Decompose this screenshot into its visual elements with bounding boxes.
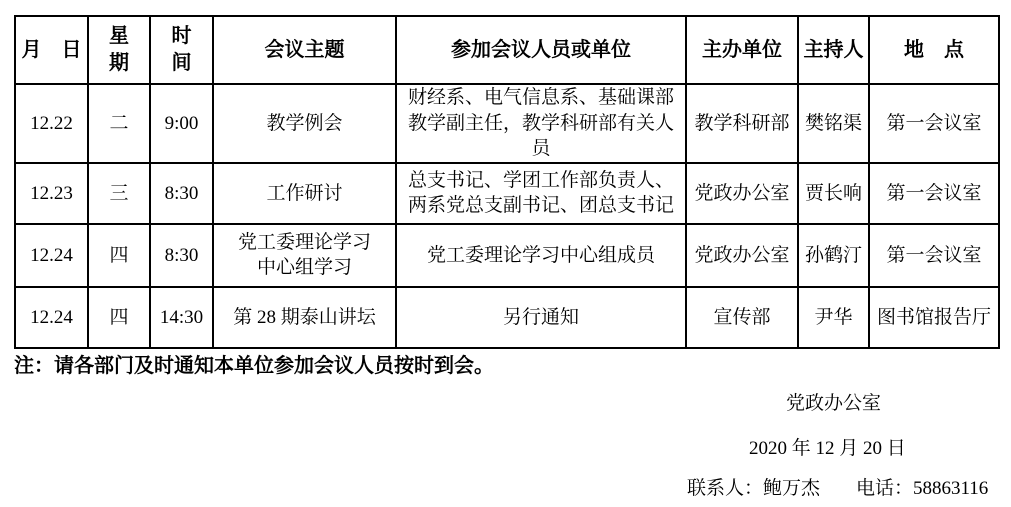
cell-organizer: 党政办公室	[686, 163, 798, 224]
table-row: 12.22 二 9:00 教学例会 财经系、电气信息系、基础课部教学副主任，教学…	[15, 84, 999, 163]
cell-time: 9:00	[150, 84, 213, 163]
header-cell-topic: 会议主题	[213, 16, 396, 84]
document-page: 月 日 星 期 时 间 会议主题 参加会议人员或单位 主办单位 主持人 地 点 …	[0, 0, 1011, 507]
contact-person: 联系人：鲍万杰	[687, 478, 820, 499]
cell-host: 贾长响	[798, 163, 869, 224]
header-cell-host: 主持人	[798, 16, 869, 84]
cell-host: 孙鹤汀	[798, 224, 869, 287]
contact-phone: 电话：58863116	[856, 478, 988, 499]
cell-location: 第一会议室	[869, 224, 999, 287]
cell-weekday: 四	[88, 287, 150, 348]
header-cell-location: 地 点	[869, 16, 999, 84]
cell-participants: 总支书记、学团工作部负责人、两系党总支副书记、团总支书记	[396, 163, 686, 224]
note-text: 注：请各部门及时通知本单位参加会议人员按时到会。	[14, 349, 494, 378]
cell-date: 12.23	[15, 163, 88, 224]
cell-participants: 财经系、电气信息系、基础课部教学副主任，教学科研部有关人员	[396, 84, 686, 163]
cell-date: 12.22	[15, 84, 88, 163]
cell-host: 樊铭渠	[798, 84, 869, 163]
cell-weekday: 四	[88, 224, 150, 287]
header-cell-date: 月 日	[15, 16, 88, 84]
table-row: 12.24 四 8:30 党工委理论学习 中心组学习 党工委理论学习中心组成员 …	[15, 224, 999, 287]
cell-organizer: 党政办公室	[686, 224, 798, 287]
cell-time: 8:30	[150, 224, 213, 287]
table-row: 12.24 四 14:30 第 28 期泰山讲坛 另行通知 宣传部 尹华 图书馆…	[15, 287, 999, 348]
cell-topic: 党工委理论学习 中心组学习	[213, 224, 396, 287]
header-cell-organizer: 主办单位	[686, 16, 798, 84]
cell-host: 尹华	[798, 287, 869, 348]
cell-organizer: 宣传部	[686, 287, 798, 348]
cell-topic: 教学例会	[213, 84, 396, 163]
cell-location: 第一会议室	[869, 163, 999, 224]
cell-time: 14:30	[150, 287, 213, 348]
cell-date: 12.24	[15, 287, 88, 348]
cell-topic: 工作研讨	[213, 163, 396, 224]
header-cell-weekday: 星 期	[88, 16, 150, 84]
header-row: 月 日 星 期 时 间 会议主题 参加会议人员或单位 主办单位 主持人 地 点	[15, 16, 999, 84]
cell-location: 第一会议室	[869, 84, 999, 163]
signature-department: 党政办公室	[786, 388, 881, 415]
header-cell-participants: 参加会议人员或单位	[396, 16, 686, 84]
cell-participants: 党工委理论学习中心组成员	[396, 224, 686, 287]
cell-topic: 第 28 期泰山讲坛	[213, 287, 396, 348]
cell-organizer: 教学科研部	[686, 84, 798, 163]
cell-date: 12.24	[15, 224, 88, 287]
cell-time: 8:30	[150, 163, 213, 224]
signature-date: 2020 年 12 月 20 日	[749, 433, 906, 460]
cell-weekday: 二	[88, 84, 150, 163]
header-cell-time: 时 间	[150, 16, 213, 84]
cell-location: 图书馆报告厅	[869, 287, 999, 348]
table-row: 12.23 三 8:30 工作研讨 总支书记、学团工作部负责人、两系党总支副书记…	[15, 163, 999, 224]
cell-participants: 另行通知	[396, 287, 686, 348]
contact-line: 联系人：鲍万杰电话：58863116	[687, 473, 988, 500]
cell-weekday: 三	[88, 163, 150, 224]
meeting-schedule-table: 月 日 星 期 时 间 会议主题 参加会议人员或单位 主办单位 主持人 地 点 …	[14, 15, 1000, 349]
